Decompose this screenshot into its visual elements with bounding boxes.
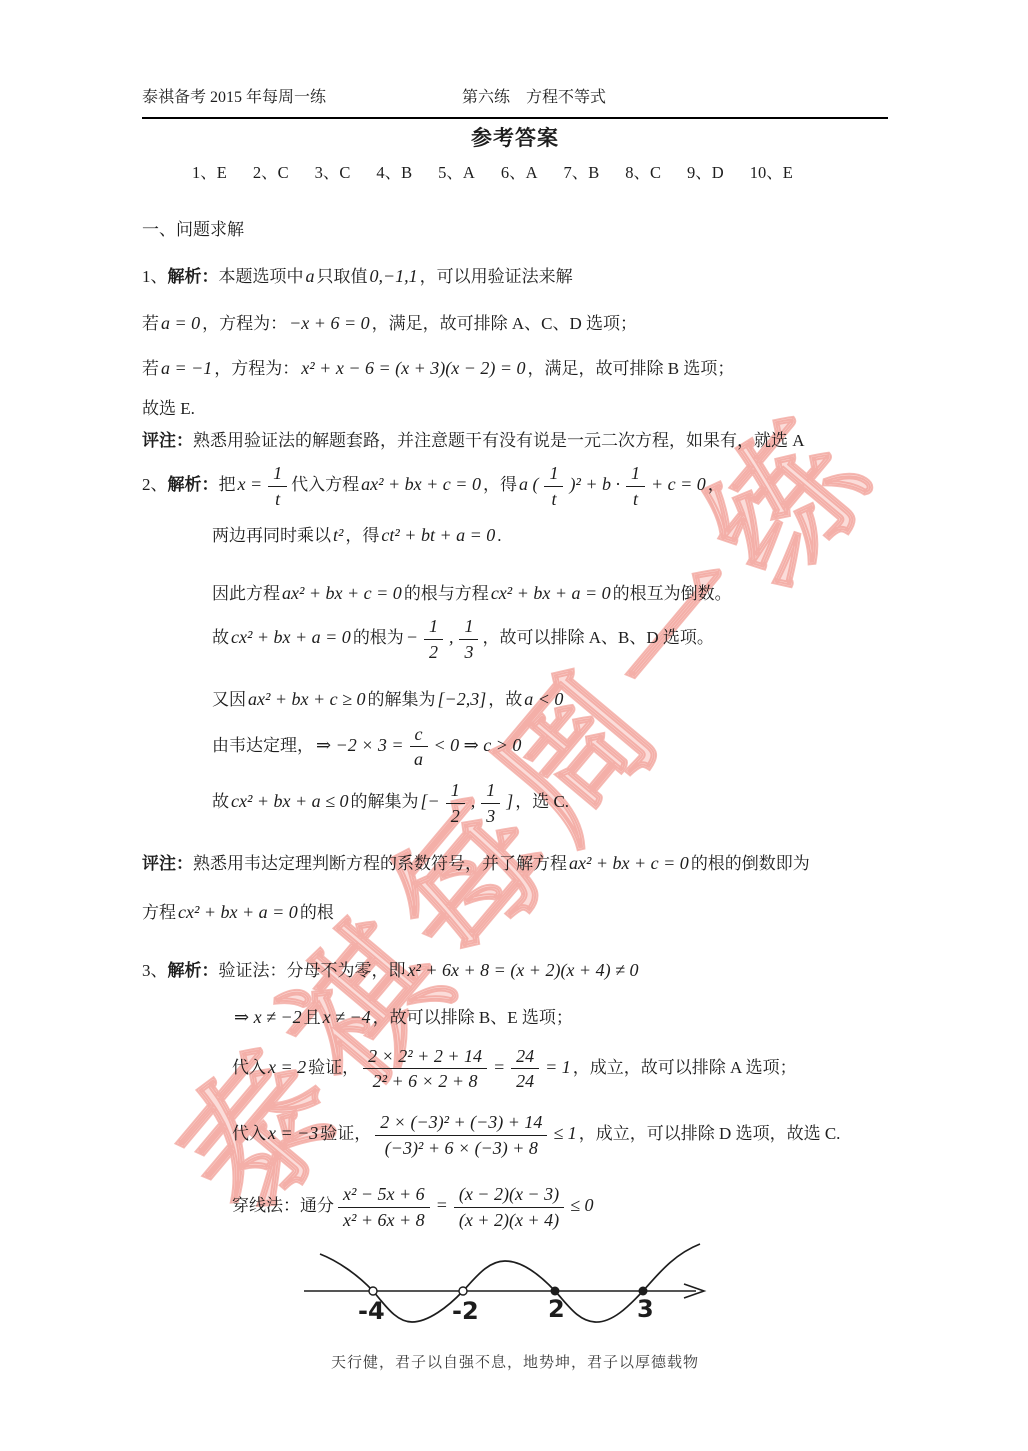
- number-line-curve-svg: -4 -2 2 3: [300, 1241, 720, 1341]
- math-segment: ≤ 1: [551, 1123, 578, 1143]
- frac-numerator: c: [410, 724, 428, 748]
- text-segment: ，故可以排除 B、E 选项；: [373, 1008, 573, 1027]
- q1-note-tag: 评注：: [142, 431, 193, 450]
- fraction: ca: [410, 724, 428, 770]
- text-segment: ，成立，故可以排除 A 选项；: [573, 1058, 797, 1077]
- frac-denominator: 3: [464, 640, 473, 663]
- q3-solution-line-5: 穿线法：通分x² − 5x + 6x² + 6x + 8=(x − 2)(x −…: [232, 1184, 888, 1230]
- answer-item: 6、A: [501, 161, 538, 185]
- open-point-neg4: [369, 1287, 377, 1295]
- q2-solution-line-1: 2、解析：把x =1t代入方程ax² + bx + c = 0，得a (1t)²…: [142, 463, 888, 509]
- q2-solution-line-7: 故cx² + bx + a ≤ 0的解集为[−12,13]，选 C.: [212, 780, 888, 826]
- frac-numerator: 1: [424, 616, 443, 640]
- math-segment: 0,−1,1: [368, 266, 420, 286]
- text-segment: ，成立，可以排除 D 选项，故选 C.: [579, 1124, 841, 1143]
- text-segment: 代入: [232, 1058, 266, 1077]
- text-segment: ，故可以排除 A、B、D 选项。: [482, 628, 713, 647]
- q3-number: 3、: [142, 961, 168, 980]
- fraction: 13: [459, 616, 478, 662]
- answer-item: 7、B: [563, 161, 599, 185]
- math-segment: ,: [469, 791, 478, 811]
- fraction: 1t: [268, 463, 287, 509]
- frac-numerator: 1: [544, 463, 563, 487]
- axis-label-neg2: -2: [452, 1297, 479, 1325]
- frac-denominator: 3: [486, 804, 495, 827]
- math-segment: ≤ 0: [568, 1195, 595, 1215]
- fraction: 13: [481, 780, 500, 826]
- text-segment: ，满足，故可排除 A、C、D 选项；: [372, 314, 637, 333]
- text-segment: ，得: [483, 475, 517, 494]
- frac-denominator: 2² + 6 × 2 + 8: [373, 1069, 478, 1092]
- frac-numerator: 1: [459, 616, 478, 640]
- section-heading: 一、问题求解: [142, 218, 888, 242]
- q2-note-line-1: 评注：熟悉用韦达定理判断方程的系数符号，并了解方程ax² + bx + c = …: [142, 851, 888, 876]
- frac-denominator: t: [275, 487, 280, 510]
- math-segment: x² + x − 6 = (x + 3)(x − 2) = 0: [299, 358, 527, 378]
- text-segment: 因此方程: [212, 584, 280, 603]
- document-page: 泰祺每周一练 泰祺备考 2015 年每周一练 第六练 方程不等式 参考答案 1、…: [0, 0, 1028, 1451]
- frac-numerator: (x − 2)(x − 3): [454, 1184, 564, 1208]
- text-segment: 故: [212, 628, 229, 647]
- sign-curve-figure: -4 -2 2 3: [300, 1241, 888, 1341]
- q1-solution-line-2: 若a = 0，方程为：−x + 6 = 0，满足，故可排除 A、C、D 选项；: [142, 311, 888, 336]
- answer-item: 5、A: [438, 161, 475, 185]
- frac-denominator: 2: [451, 804, 460, 827]
- math-segment: a = −1: [159, 358, 214, 378]
- text-segment: ，方程为：: [214, 359, 299, 378]
- text-segment: 的根互为倒数。: [613, 584, 732, 603]
- axis-label-3: 3: [637, 1295, 654, 1323]
- answer-item: 9、D: [687, 161, 724, 185]
- q1-solution-line-1: 1、解析：本题选项中a只取值0,−1,1，可以用验证法来解: [142, 264, 888, 289]
- math-segment: x =: [236, 474, 265, 494]
- answer-item: 3、C: [315, 161, 351, 185]
- document-content: 泰祺备考 2015 年每周一练 第六练 方程不等式 参考答案 1、E 2、C 3…: [0, 0, 1028, 1375]
- q3-solution-line-2: ⇒ x ≠ −2且x ≠ −4，故可以排除 B、E 选项；: [232, 1005, 888, 1030]
- answer-key-row: 1、E 2、C 3、C 4、B 5、A 6、A 7、B 8、C 9、D 10、E: [142, 161, 888, 185]
- header-right-text: 第六练 方程不等式: [462, 86, 606, 110]
- text-segment: 故: [212, 792, 229, 811]
- text-segment: 验证法：分母不为零，即: [219, 961, 406, 980]
- axis-label-neg4: -4: [358, 1297, 385, 1325]
- answer-item: 10、E: [750, 161, 793, 185]
- math-segment: cx² + bx + a = 0: [489, 583, 613, 603]
- frac-denominator: 24: [516, 1069, 534, 1092]
- math-segment: ct² + bt + a = 0: [379, 525, 497, 545]
- text-segment: 的根为: [353, 628, 404, 647]
- math-segment: < 0 ⇒ c > 0: [432, 735, 524, 755]
- fraction: 12: [424, 616, 443, 662]
- fraction: 2 × 2² + 2 + 142² + 6 × 2 + 8: [363, 1046, 487, 1092]
- answer-item: 4、B: [376, 161, 412, 185]
- text-segment: 把: [219, 475, 236, 494]
- answer-item: 1、E: [192, 161, 227, 185]
- math-segment: ax² + bx + c = 0: [567, 853, 691, 873]
- text-segment: 若: [142, 314, 159, 333]
- math-segment: x = −3: [266, 1123, 320, 1143]
- frac-numerator: x² − 5x + 6: [338, 1184, 430, 1208]
- q2-solution-line-6: 由韦达定理，⇒ −2 × 3 =ca< 0 ⇒ c > 0: [212, 724, 888, 770]
- q2-analysis-tag: 解析：: [168, 475, 219, 494]
- text-segment: 熟悉用验证法的解题套路，并注意题干有没有说是一元二次方程，如果有，就选 A: [193, 431, 805, 450]
- math-segment: + c = 0: [649, 474, 708, 494]
- q2-note-tag: 评注：: [142, 854, 193, 873]
- text-segment: 的根的倒数即为: [691, 854, 810, 873]
- math-segment: )² + b ·: [567, 474, 622, 494]
- math-segment: ⇒ −2 × 3 =: [314, 735, 406, 755]
- text-segment: 代入方程: [291, 475, 359, 494]
- q1-note: 评注：熟悉用验证法的解题套路，并注意题干有没有说是一元二次方程，如果有，就选 A: [142, 429, 888, 453]
- math-segment: cx² + bx + a ≤ 0: [229, 791, 351, 811]
- q2-solution-line-5: 又因ax² + bx + c ≥ 0的解集为[−2,3]，故a < 0: [212, 687, 888, 712]
- q1-conclusion: 故选 E.: [142, 397, 888, 421]
- math-segment: a (: [517, 474, 541, 494]
- text-segment: 由韦达定理，: [212, 736, 314, 755]
- q1-number: 1、: [142, 267, 168, 286]
- frac-numerator: 1: [268, 463, 287, 487]
- text-segment: ，可以用验证法来解: [420, 267, 573, 286]
- text-segment: 验证，: [308, 1058, 359, 1077]
- frac-denominator: x² + 6x + 8: [343, 1208, 425, 1231]
- text-segment: 验证，: [320, 1124, 371, 1143]
- text-segment: ，选 C.: [515, 792, 569, 811]
- frac-numerator: 1: [446, 780, 465, 804]
- frac-denominator: (−3)² + 6 × (−3) + 8: [385, 1136, 538, 1159]
- frac-numerator: 1: [481, 780, 500, 804]
- frac-denominator: (x + 2)(x + 4): [459, 1208, 559, 1231]
- page-title: 参考答案: [142, 126, 888, 150]
- axis-label-2: 2: [548, 1295, 565, 1323]
- math-segment: ,: [447, 627, 456, 647]
- q3-analysis-tag: 解析：: [168, 961, 219, 980]
- frac-numerator: 1: [626, 463, 645, 487]
- fraction: 1t: [544, 463, 563, 509]
- math-segment: a < 0: [522, 689, 565, 709]
- frac-numerator: 2 × (−3)² + (−3) + 14: [375, 1112, 547, 1136]
- math-segment: ax² + bx + c ≥ 0: [246, 689, 368, 709]
- q1-analysis-tag: 解析：: [168, 267, 219, 286]
- math-segment: =: [491, 1057, 507, 1077]
- math-segment: ⇒ x ≠ −2: [232, 1007, 304, 1027]
- fraction: 2424: [511, 1046, 539, 1092]
- math-segment: cx² + bx + a = 0: [176, 902, 300, 922]
- text-segment: 穿线法：通分: [232, 1196, 334, 1215]
- math-segment: cx² + bx + a = 0: [229, 627, 353, 647]
- fraction: 2 × (−3)² + (−3) + 14(−3)² + 6 × (−3) + …: [375, 1112, 547, 1158]
- text-segment: 方程: [142, 903, 176, 922]
- q3-solution-line-1: 3、解析：验证法：分母不为零，即x² + 6x + 8 = (x + 2)(x …: [142, 958, 888, 983]
- text-segment: 且: [304, 1008, 321, 1027]
- math-segment: =: [434, 1195, 450, 1215]
- frac-denominator: t: [551, 487, 556, 510]
- text-segment: 若: [142, 359, 159, 378]
- text-segment: .: [497, 526, 501, 545]
- footer-motto: 天行健，君子以自强不息，地势坤，君子以厚德载物: [142, 1351, 888, 1375]
- frac-numerator: 2 × 2² + 2 + 14: [363, 1046, 487, 1070]
- open-point-neg2: [459, 1287, 467, 1295]
- page-header: 泰祺备考 2015 年每周一练 第六练 方程不等式: [142, 86, 888, 119]
- q2-solution-line-4: 故cx² + bx + a = 0的根为−12,13，故可以排除 A、B、D 选…: [212, 616, 888, 662]
- fraction: x² − 5x + 6x² + 6x + 8: [338, 1184, 430, 1230]
- math-segment: ax² + bx + c = 0: [359, 474, 483, 494]
- math-segment: ax² + bx + c = 0: [280, 583, 404, 603]
- q2-note-line-2: 方程cx² + bx + a = 0的根: [142, 900, 888, 925]
- math-segment: −x + 6 = 0: [287, 313, 371, 333]
- math-segment: = 1: [543, 1057, 573, 1077]
- text-segment: ，得: [345, 526, 379, 545]
- frac-denominator: t: [633, 487, 638, 510]
- q2-number: 2、: [142, 475, 168, 494]
- text-segment: 两边再同时乘以: [212, 526, 331, 545]
- text-segment: ，方程为：: [202, 314, 287, 333]
- math-segment: x² + 6x + 8 = (x + 2)(x + 4) ≠ 0: [406, 960, 641, 980]
- q1-solution-line-3: 若a = −1，方程为：x² + x − 6 = (x + 3)(x − 2) …: [142, 356, 888, 381]
- q2-solution-line-3: 因此方程ax² + bx + c = 0的根与方程cx² + bx + a = …: [212, 581, 888, 606]
- frac-denominator: 2: [429, 640, 438, 663]
- fraction: 1t: [626, 463, 645, 509]
- frac-numerator: 24: [511, 1046, 539, 1070]
- math-segment: x ≠ −4: [321, 1007, 373, 1027]
- q3-solution-line-3: 代入x = 2验证，2 × 2² + 2 + 142² + 6 × 2 + 8=…: [232, 1046, 888, 1092]
- math-segment: −: [404, 627, 420, 647]
- math-segment: a: [304, 266, 317, 286]
- q3-solution-line-4: 代入x = −3验证，2 × (−3)² + (−3) + 14(−3)² + …: [232, 1112, 888, 1158]
- math-segment: a = 0: [159, 313, 202, 333]
- answer-item: 2、C: [253, 161, 289, 185]
- math-segment: [−: [419, 791, 442, 811]
- text-segment: 熟悉用韦达定理判断方程的系数符号，并了解方程: [193, 854, 567, 873]
- text-segment: 只取值: [317, 267, 368, 286]
- text-segment: 的根: [300, 903, 334, 922]
- text-segment: 代入: [232, 1124, 266, 1143]
- math-segment: x = 2: [266, 1057, 308, 1077]
- q2-solution-line-2: 两边再同时乘以t²，得ct² + bt + a = 0.: [212, 523, 888, 548]
- text-segment: 又因: [212, 690, 246, 709]
- fraction: (x − 2)(x − 3)(x + 2)(x + 4): [454, 1184, 564, 1230]
- fraction: 12: [446, 780, 465, 826]
- text-segment: ，故: [488, 690, 522, 709]
- answer-item: 8、C: [625, 161, 661, 185]
- math-segment: t²: [331, 525, 345, 545]
- text-segment: ，: [708, 475, 725, 494]
- header-left-text: 泰祺备考 2015 年每周一练: [142, 86, 462, 110]
- text-segment: 本题选项中: [219, 267, 304, 286]
- text-segment: 的解集为: [351, 792, 419, 811]
- text-segment: 的根与方程: [404, 584, 489, 603]
- text-segment: 的解集为: [368, 690, 436, 709]
- frac-denominator: a: [414, 747, 423, 770]
- math-segment: [−2,3]: [436, 689, 489, 709]
- math-segment: ]: [504, 791, 515, 811]
- text-segment: ，满足，故可排除 B 选项；: [528, 359, 735, 378]
